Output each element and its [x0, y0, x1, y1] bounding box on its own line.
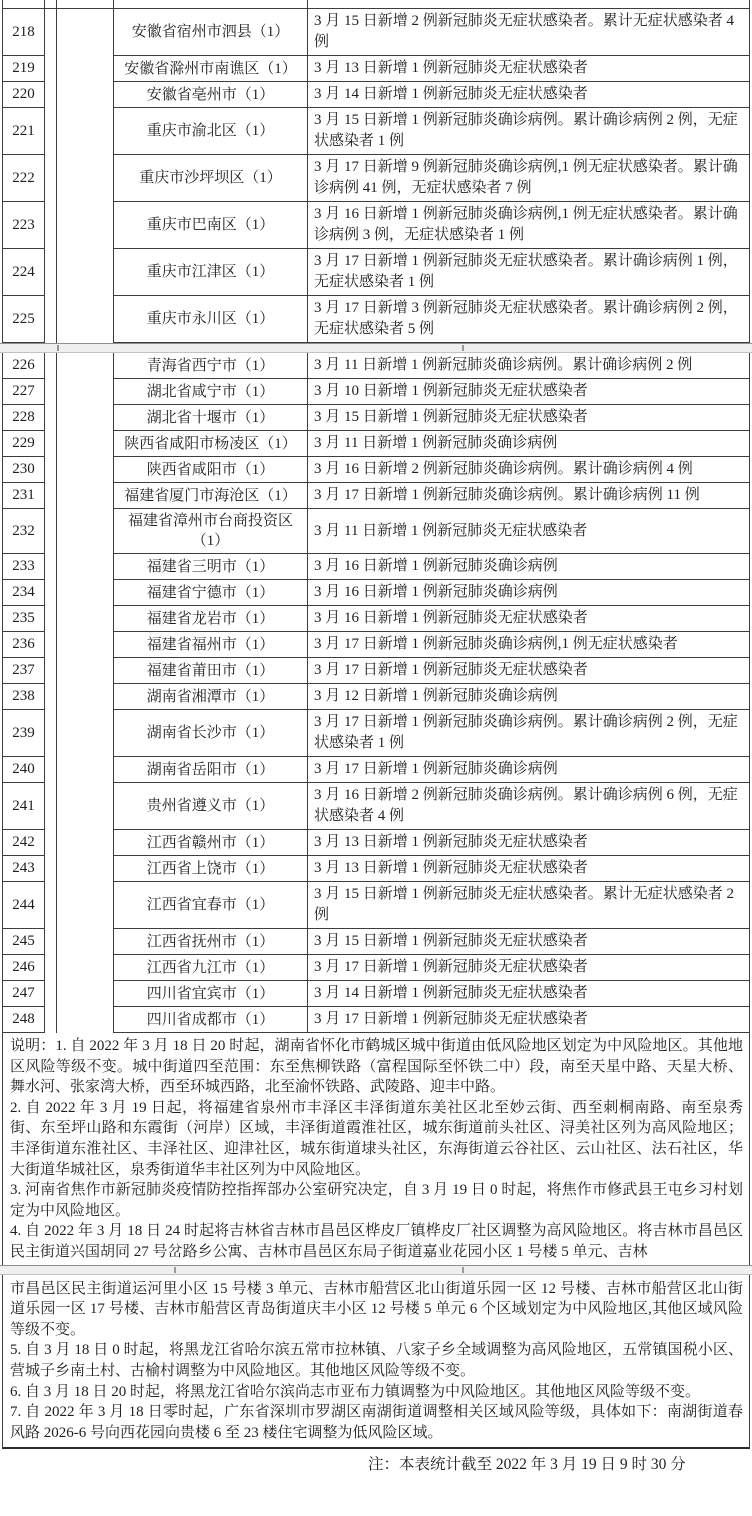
spacer-cell — [57, 554, 114, 580]
row-number-cell: 240 — [3, 757, 45, 783]
table-row: 239 湖南省长沙市（1） 3 月 17 日新增 1 例新冠肺炎确诊病例。累计确… — [3, 710, 749, 757]
region-cell: 重庆市江津区（1） — [114, 249, 308, 296]
region-cell: 福建省厦门市海沧区（1） — [114, 483, 308, 509]
rows-bottom: 226 青海省西宁市（1） 3 月 11 日新增 1 例新冠肺炎确诊病例。累计确… — [3, 353, 749, 1033]
spacer-cell — [57, 929, 114, 955]
row-number-cell: 241 — [3, 783, 45, 830]
region-cell: 湖南省长沙市（1） — [114, 710, 308, 757]
spacer-cell — [45, 684, 57, 710]
spacer-cell — [45, 710, 57, 757]
spacer-cell — [45, 353, 57, 379]
region-cell: 江西省抚州市（1） — [114, 929, 308, 955]
row-number-cell: 221 — [3, 108, 45, 155]
risk-area-statistics-sheet: 218 安徽省宿州市泗县（1） 3 月 15 日新增 2 例新冠肺炎无症状感染者… — [0, 0, 752, 1476]
table-row: 243 江西省上饶市（1） 3 月 13 日新增 1 例新冠肺炎无症状感染者 — [3, 856, 749, 882]
splitter-tick — [57, 345, 59, 351]
splitter-tick — [462, 1267, 464, 1273]
row-number-cell: 223 — [3, 202, 45, 249]
spacer-cell — [45, 856, 57, 882]
table-row: 226 青海省西宁市（1） 3 月 11 日新增 1 例新冠肺炎确诊病例。累计确… — [3, 353, 749, 379]
spacer-cell — [45, 249, 57, 296]
spacer-cell — [57, 955, 114, 981]
spacer-cell — [45, 296, 57, 343]
case-detail-cell: 3 月 11 日新增 1 例新冠肺炎确诊病例 — [308, 431, 749, 457]
region-cell: 江西省九江市（1） — [114, 955, 308, 981]
table-row: 245 江西省抚州市（1） 3 月 15 日新增 1 例新冠肺炎无症状感染者 — [3, 929, 749, 955]
table-row: 236 福建省福州市（1） 3 月 17 日新增 1 例新冠肺炎确诊病例,1 例… — [3, 632, 749, 658]
stats-cutoff-note: 注：本表统计截至 2022 年 3 月 19 日 9 时 30 分 — [0, 1454, 752, 1476]
spacer-cell — [45, 82, 57, 108]
spacer-cell — [57, 632, 114, 658]
table-row: 230 陕西省咸阳市（1） 3 月 16 日新增 2 例新冠肺炎确诊病例。累计确… — [3, 457, 749, 483]
spacer-cell — [57, 580, 114, 606]
row-number-cell: 245 — [3, 929, 45, 955]
spacer-cell — [57, 606, 114, 632]
row-number-cell: 244 — [3, 882, 45, 929]
spacer-cell — [57, 249, 114, 296]
spacer-cell — [45, 457, 57, 483]
spacer-cell — [45, 9, 57, 56]
region-cell: 四川省宜宾市（1） — [114, 981, 308, 1007]
spacer-cell — [57, 710, 114, 757]
spacer-cell — [57, 296, 114, 343]
spacer-cell — [57, 9, 114, 56]
region-cell: 江西省宜春市（1） — [114, 882, 308, 929]
spacer-cell — [45, 606, 57, 632]
row-number-cell: 234 — [3, 580, 45, 606]
case-detail-cell: 3 月 17 日新增 1 例新冠肺炎确诊病例。累计确诊病例 2 例，无症状感染者… — [308, 710, 749, 757]
row-number-cell: 236 — [3, 632, 45, 658]
row-number-cell: 242 — [3, 830, 45, 856]
region-cell: 江西省上饶市（1） — [114, 856, 308, 882]
spacer-cell — [45, 554, 57, 580]
spacer-cell — [45, 757, 57, 783]
case-detail-cell: 3 月 17 日新增 1 例新冠肺炎无症状感染者。累计确诊病例 1 例，无症状感… — [308, 249, 749, 296]
region-cell: 重庆市永川区（1） — [114, 296, 308, 343]
spacer-cell — [57, 509, 114, 554]
table-row: 231 福建省厦门市海沧区（1） 3 月 17 日新增 1 例新冠肺炎确诊病例。… — [3, 483, 749, 509]
case-detail-cell: 3 月 16 日新增 1 例新冠肺炎确诊病例 — [308, 554, 749, 580]
case-detail-cell: 3 月 15 日新增 2 例新冠肺炎无症状感染者。累计无症状感染者 4 例 — [308, 9, 749, 56]
table-row: 241 贵州省遵义市（1） 3 月 16 日新增 2 例新冠肺炎确诊病例。累计确… — [3, 783, 749, 830]
case-detail-cell: 3 月 11 日新增 1 例新冠肺炎无症状感染者 — [308, 509, 749, 554]
row-number-cell: 229 — [3, 431, 45, 457]
row-number-cell: 222 — [3, 155, 45, 202]
spacer-cell — [45, 955, 57, 981]
note-paragraph: 3. 河南省焦作市新冠肺炎疫情防控指挥部办公室研究决定，自 3 月 19 日 0… — [10, 1180, 743, 1221]
row-number-cell: 231 — [3, 483, 45, 509]
spacer-cell — [57, 684, 114, 710]
row-number-cell — [3, 0, 45, 9]
table-row: 234 福建省宁德市（1） 3 月 16 日新增 1 例新冠肺炎确诊病例 — [3, 580, 749, 606]
row-number-cell: 233 — [3, 554, 45, 580]
note-paragraph: 说明：1. 自 2022 年 3 月 18 日 20 时起，湖南省怀化市鹤城区城… — [10, 1036, 743, 1098]
splitter-tick — [174, 1267, 176, 1273]
spacer-cell — [45, 783, 57, 830]
note-paragraph: 6. 自 3 月 18 日 20 时起，将黑龙江省哈尔滨尚志市亚布力镇调整为中风… — [10, 1382, 743, 1403]
spacer-cell — [45, 379, 57, 405]
pane-splitter[interactable] — [0, 1265, 752, 1275]
region-cell: 重庆市巴南区（1） — [114, 202, 308, 249]
table-row: 242 江西省赣州市（1） 3 月 13 日新增 1 例新冠肺炎无症状感染者 — [3, 830, 749, 856]
region-cell — [114, 0, 308, 9]
spacer-cell — [45, 981, 57, 1007]
table-row: 222 重庆市沙坪坝区（1） 3 月 17 日新增 9 例新冠肺炎确诊病例,1 … — [3, 155, 749, 202]
spacer-cell — [57, 202, 114, 249]
spacer-cell — [57, 431, 114, 457]
row-number-cell: 227 — [3, 379, 45, 405]
table-row: 237 福建省莆田市（1） 3 月 17 日新增 1 例新冠肺炎无症状感染者 — [3, 658, 749, 684]
region-cell: 青海省西宁市（1） — [114, 353, 308, 379]
spacer-cell — [45, 155, 57, 202]
table-row: 228 湖北省十堰市（1） 3 月 15 日新增 1 例新冠肺炎无症状感染者 — [3, 405, 749, 431]
case-detail-cell: 3 月 10 日新增 1 例新冠肺炎无症状感染者 — [308, 379, 749, 405]
case-detail-cell: 3 月 17 日新增 1 例新冠肺炎无症状感染者 — [308, 955, 749, 981]
region-cell: 湖北省咸宁市（1） — [114, 379, 308, 405]
splitter-tick — [462, 345, 464, 351]
case-detail-cell: 3 月 15 日新增 1 例新冠肺炎无症状感染者 — [308, 929, 749, 955]
case-detail-cell: 3 月 16 日新增 2 例新冠肺炎确诊病例。累计确诊病例 4 例 — [308, 457, 749, 483]
row-number-cell: 228 — [3, 405, 45, 431]
row-number-cell: 225 — [3, 296, 45, 343]
case-detail-cell: 3 月 15 日新增 1 例新冠肺炎无症状感染者 — [308, 405, 749, 431]
row-number-cell: 243 — [3, 856, 45, 882]
region-cell: 福建省漳州市台商投资区（1） — [114, 509, 308, 554]
row-number-cell: 232 — [3, 509, 45, 554]
spacer-cell — [57, 82, 114, 108]
case-detail-cell: 3 月 17 日新增 3 例新冠肺炎无症状感染者。累计确诊病例 2 例，无症状感… — [308, 296, 749, 343]
case-detail-cell: 3 月 16 日新增 1 例新冠肺炎确诊病例,1 例无症状感染者。累计确诊病例 … — [308, 202, 749, 249]
spacer-cell — [45, 202, 57, 249]
spacer-cell — [45, 108, 57, 155]
table-row: 247 四川省宜宾市（1） 3 月 14 日新增 1 例新冠肺炎无症状感染者 — [3, 981, 749, 1007]
table-fragment-top: 218 安徽省宿州市泗县（1） 3 月 15 日新增 2 例新冠肺炎无症状感染者… — [2, 0, 750, 343]
case-detail-cell: 3 月 17 日新增 1 例新冠肺炎无症状感染者 — [308, 658, 749, 684]
spacer-cell — [57, 155, 114, 202]
spacer-cell — [57, 757, 114, 783]
rows-top: 218 安徽省宿州市泗县（1） 3 月 15 日新增 2 例新冠肺炎无症状感染者… — [3, 9, 749, 343]
row-number-cell: 238 — [3, 684, 45, 710]
row-number-cell: 248 — [3, 1007, 45, 1033]
spacer-cell — [45, 929, 57, 955]
spacer-cell — [45, 658, 57, 684]
region-cell: 陕西省咸阳市杨凌区（1） — [114, 431, 308, 457]
region-cell: 福建省宁德市（1） — [114, 580, 308, 606]
case-detail-cell: 3 月 11 日新增 1 例新冠肺炎确诊病例。累计确诊病例 2 例 — [308, 353, 749, 379]
case-detail-cell: 3 月 14 日新增 1 例新冠肺炎无症状感染者 — [308, 981, 749, 1007]
region-cell: 湖南省岳阳市（1） — [114, 757, 308, 783]
row-number-cell: 235 — [3, 606, 45, 632]
table-row: 219 安徽省滁州市南谯区（1） 3 月 13 日新增 1 例新冠肺炎无症状感染… — [3, 56, 749, 82]
spacer-cell — [57, 379, 114, 405]
row-number-cell: 239 — [3, 710, 45, 757]
spacer-cell — [45, 0, 57, 9]
row-number-cell: 219 — [3, 56, 45, 82]
region-cell: 湖南省湘潭市（1） — [114, 684, 308, 710]
explanation-notes-continued: 市昌邑区民主街道运河里小区 15 号楼 3 单元、吉林市船营区北山街道乐园一区 … — [2, 1275, 750, 1450]
table-row: 244 江西省宜春市（1） 3 月 15 日新增 1 例新冠肺炎无症状感染者。累… — [3, 882, 749, 929]
note-paragraph: 2. 自 2022 年 3 月 19 日起，将福建省泉州市丰泽区丰泽街道东美社区… — [10, 1098, 743, 1180]
note-paragraph: 市昌邑区民主街道运河里小区 15 号楼 3 单元、吉林市船营区北山街道乐园一区 … — [10, 1279, 743, 1341]
case-detail-cell: 3 月 16 日新增 1 例新冠肺炎确诊病例 — [308, 580, 749, 606]
row-number-cell: 218 — [3, 9, 45, 56]
row-number-cell: 224 — [3, 249, 45, 296]
row-number-cell: 220 — [3, 82, 45, 108]
table-row: 246 江西省九江市（1） 3 月 17 日新增 1 例新冠肺炎无症状感染者 — [3, 955, 749, 981]
case-detail-cell: 3 月 17 日新增 1 例新冠肺炎确诊病例。累计确诊病例 11 例 — [308, 483, 749, 509]
spacer-cell — [57, 457, 114, 483]
spacer-cell — [57, 783, 114, 830]
case-detail-cell: 3 月 17 日新增 1 例新冠肺炎确诊病例 — [308, 757, 749, 783]
spacer-cell — [57, 108, 114, 155]
case-detail-cell: 3 月 13 日新增 1 例新冠肺炎无症状感染者 — [308, 56, 749, 82]
region-cell: 安徽省宿州市泗县（1） — [114, 9, 308, 56]
table-row: 229 陕西省咸阳市杨凌区（1） 3 月 11 日新增 1 例新冠肺炎确诊病例 — [3, 431, 749, 457]
spacer-cell — [45, 632, 57, 658]
region-cell: 福建省三明市（1） — [114, 554, 308, 580]
region-cell: 重庆市渝北区（1） — [114, 108, 308, 155]
pane-splitter[interactable] — [0, 343, 752, 353]
case-detail-cell: 3 月 16 日新增 2 例新冠肺炎确诊病例。累计确诊病例 6 例，无症状感染者… — [308, 783, 749, 830]
case-detail-cell: 3 月 15 日新增 1 例新冠肺炎确诊病例。累计确诊病例 2 例，无症状感染者… — [308, 108, 749, 155]
note-paragraph: 7. 自 2022 年 3 月 18 日零时起，广东省深圳市罗湖区南湖街道调整相… — [10, 1402, 743, 1443]
table-row: 232 福建省漳州市台商投资区（1） 3 月 11 日新增 1 例新冠肺炎无症状… — [3, 509, 749, 554]
case-detail-cell: 3 月 17 日新增 9 例新冠肺炎确诊病例,1 例无症状感染者。累计确诊病例 … — [308, 155, 749, 202]
table-row: 240 湖南省岳阳市（1） 3 月 17 日新增 1 例新冠肺炎确诊病例 — [3, 757, 749, 783]
table-row: 227 湖北省咸宁市（1） 3 月 10 日新增 1 例新冠肺炎无症状感染者 — [3, 379, 749, 405]
region-cell: 四川省成都市（1） — [114, 1007, 308, 1033]
case-detail-cell: 3 月 12 日新增 1 例新冠肺炎确诊病例 — [308, 684, 749, 710]
case-detail-cell: 3 月 13 日新增 1 例新冠肺炎无症状感染者 — [308, 856, 749, 882]
note-paragraph: 5. 自 3 月 18 日 0 时起，将黑龙江省哈尔滨五常市拉林镇、八家子乡全域… — [10, 1340, 743, 1381]
region-cell: 湖北省十堰市（1） — [114, 405, 308, 431]
table-row: 218 安徽省宿州市泗县（1） 3 月 15 日新增 2 例新冠肺炎无症状感染者… — [3, 9, 749, 56]
table-row: 220 安徽省亳州市（1） 3 月 14 日新增 1 例新冠肺炎无症状感染者 — [3, 82, 749, 108]
spacer-cell — [45, 483, 57, 509]
row-number-cell: 226 — [3, 353, 45, 379]
case-detail-cell — [308, 0, 749, 9]
spacer-cell — [57, 981, 114, 1007]
table-row: 238 湖南省湘潭市（1） 3 月 12 日新增 1 例新冠肺炎确诊病例 — [3, 684, 749, 710]
spacer-cell — [45, 882, 57, 929]
row-number-cell: 230 — [3, 457, 45, 483]
row-number-cell: 246 — [3, 955, 45, 981]
table-row: 248 四川省成都市（1） 3 月 17 日新增 1 例新冠肺炎无症状感染者 — [3, 1007, 749, 1033]
spacer-cell — [57, 353, 114, 379]
region-cell: 福建省福州市（1） — [114, 632, 308, 658]
spacer-cell — [57, 1007, 114, 1033]
table-row: 223 重庆市巴南区（1） 3 月 16 日新增 1 例新冠肺炎确诊病例,1 例… — [3, 202, 749, 249]
region-cell: 贵州省遵义市（1） — [114, 783, 308, 830]
table-row: 233 福建省三明市（1） 3 月 16 日新增 1 例新冠肺炎确诊病例 — [3, 554, 749, 580]
spacer-cell — [57, 0, 114, 9]
spacer-cell — [57, 56, 114, 82]
case-detail-cell: 3 月 17 日新增 1 例新冠肺炎确诊病例,1 例无症状感染者 — [308, 632, 749, 658]
region-cell: 江西省赣州市（1） — [114, 830, 308, 856]
region-cell: 福建省莆田市（1） — [114, 658, 308, 684]
row-number-cell: 247 — [3, 981, 45, 1007]
spacer-cell — [45, 1007, 57, 1033]
spacer-cell — [57, 658, 114, 684]
region-cell: 安徽省滁州市南谯区（1） — [114, 56, 308, 82]
partial-row — [3, 0, 749, 9]
spacer-cell — [45, 56, 57, 82]
table-row: 235 福建省龙岩市（1） 3 月 16 日新增 1 例新冠肺炎无症状感染者 — [3, 606, 749, 632]
case-detail-cell: 3 月 16 日新增 1 例新冠肺炎无症状感染者 — [308, 606, 749, 632]
region-cell: 福建省龙岩市（1） — [114, 606, 308, 632]
table-fragment-bottom: 226 青海省西宁市（1） 3 月 11 日新增 1 例新冠肺炎确诊病例。累计确… — [2, 353, 750, 1265]
region-cell: 陕西省咸阳市（1） — [114, 457, 308, 483]
spacer-cell — [45, 431, 57, 457]
spacer-cell — [45, 405, 57, 431]
case-detail-cell: 3 月 14 日新增 1 例新冠肺炎无症状感染者 — [308, 82, 749, 108]
case-detail-cell: 3 月 15 日新增 1 例新冠肺炎无症状感染者。累计无症状感染者 2 例 — [308, 882, 749, 929]
case-detail-cell: 3 月 17 日新增 1 例新冠肺炎无症状感染者 — [308, 1007, 749, 1033]
spacer-cell — [57, 830, 114, 856]
region-cell: 重庆市沙坪坝区（1） — [114, 155, 308, 202]
row-number-cell: 237 — [3, 658, 45, 684]
spacer-cell — [57, 405, 114, 431]
note-paragraph: 4. 自 2022 年 3 月 18 日 24 时起将吉林省吉林市昌邑区桦皮厂镇… — [10, 1221, 743, 1262]
spacer-cell — [45, 580, 57, 606]
explanation-notes: 说明：1. 自 2022 年 3 月 18 日 20 时起，湖南省怀化市鹤城区城… — [3, 1033, 749, 1265]
spacer-cell — [57, 856, 114, 882]
spacer-cell — [45, 830, 57, 856]
region-cell: 安徽省亳州市（1） — [114, 82, 308, 108]
spacer-cell — [57, 882, 114, 929]
table-row: 225 重庆市永川区（1） 3 月 17 日新增 3 例新冠肺炎无症状感染者。累… — [3, 296, 749, 343]
spacer-cell — [45, 509, 57, 554]
case-detail-cell: 3 月 13 日新增 1 例新冠肺炎无症状感染者 — [308, 830, 749, 856]
spacer-cell — [57, 483, 114, 509]
table-row: 221 重庆市渝北区（1） 3 月 15 日新增 1 例新冠肺炎确诊病例。累计确… — [3, 108, 749, 155]
table-row: 224 重庆市江津区（1） 3 月 17 日新增 1 例新冠肺炎无症状感染者。累… — [3, 249, 749, 296]
